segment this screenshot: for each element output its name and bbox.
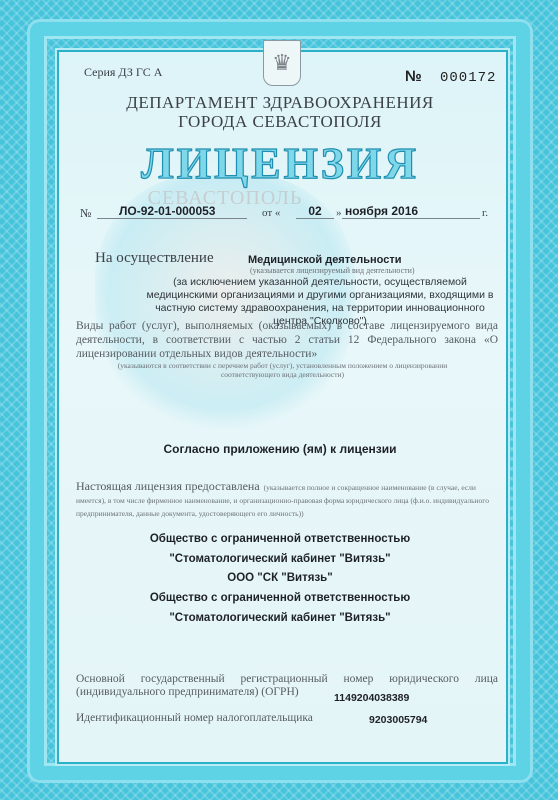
- license-number: ЛО-92-01-000053: [97, 204, 247, 219]
- works-hint: (указываются в соответствии с перечнем р…: [110, 361, 455, 379]
- holder-name-line-2: "Стоматологический кабинет "Витязь": [60, 553, 500, 565]
- coat-of-arms-icon: ♛: [263, 40, 301, 86]
- department-line-1: ДЕПАРТАМЕНТ ЗДРАВООХРАНЕНИЯ: [60, 93, 500, 113]
- form-number: 000172: [440, 70, 496, 86]
- license-no-label: №: [80, 206, 91, 221]
- ogrn-label: Основной государственный регистрационный…: [76, 673, 498, 699]
- date-from-label: от «: [262, 207, 280, 219]
- granted-label: Настоящая лицензия предоставлена: [76, 479, 260, 493]
- works-value: Согласно приложению (ям) к лицензии: [60, 442, 500, 456]
- series-label: Серия ДЗ ГС А: [84, 65, 162, 80]
- activity-value: Медицинской деятельности: [248, 254, 401, 266]
- holder-short-name: ООО "СК "Витязь": [60, 572, 500, 584]
- year-suffix: г.: [482, 207, 488, 219]
- date-close-quote: »: [336, 207, 342, 219]
- license-document: СЕВАСТОПОЛЬ ♛ Серия ДЗ ГС А № 000172 ДЕП…: [0, 0, 558, 800]
- inn-label: Идентификационный номер налогоплательщик…: [76, 712, 313, 724]
- department-line-2: ГОРОДА СЕВАСТОПОЛЯ: [60, 112, 500, 132]
- number-sign: №: [405, 68, 422, 85]
- license-month-year: ноября 2016: [342, 204, 480, 219]
- holder-name-line-4: "Стоматологический кабинет "Витязь": [60, 612, 500, 624]
- granted-block: Настоящая лицензия предоставлена (указыв…: [76, 480, 498, 519]
- license-day: 02: [296, 204, 334, 219]
- holder-name-line-1: Общество с ограниченной ответственностью: [60, 533, 500, 545]
- document-title: ЛИЦЕНЗИЯ: [60, 138, 500, 189]
- inn-value: 9203005794: [369, 714, 427, 726]
- ogrn-value: 1149204038389: [334, 692, 409, 704]
- holder-name-line-3: Общество с ограниченной ответственностью: [60, 592, 500, 604]
- activity-label: На осуществление: [95, 250, 214, 267]
- activity-hint: (указывается лицензируемый вид деятельно…: [250, 266, 415, 275]
- works-text: Виды работ (услуг), выполняемых (оказыва…: [76, 319, 498, 361]
